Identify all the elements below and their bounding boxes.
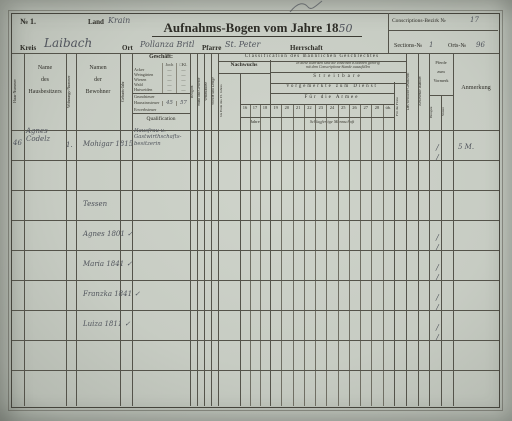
geschaeft-land-row-label: Wald (132, 83, 162, 87)
grid-hline (270, 93, 394, 94)
grid-vline (24, 53, 25, 406)
handwritten-entry-bewohner: Maria 1841 ✓ (83, 260, 155, 268)
grid-vline (383, 104, 384, 406)
land-label: Land (88, 18, 104, 26)
grid-vline (429, 53, 430, 406)
handwritten-entry-geschaeft: Hausfrau u. Gastwirthschafts- besitzerin (134, 128, 190, 147)
armee-age-cell: 22 (304, 105, 315, 116)
armee-age-cell: 21 (293, 105, 304, 116)
kreis-value: Laibach (44, 36, 92, 50)
pferde-box-title: Pferde zum Vormerk (429, 58, 453, 85)
column-header-abwesende: Abwesende Inländer (418, 55, 429, 128)
grid-vline (304, 104, 305, 406)
geschaeft-land-row-value: — (176, 88, 190, 92)
pferde-sub-hengste: Hengste (429, 96, 441, 128)
title-underline (152, 36, 362, 37)
grid-vline (360, 104, 361, 406)
armee-age-cell: 19 (270, 105, 281, 116)
conscription-label: Conscriptions-Bezirk № (392, 18, 446, 24)
geschaeft-tax-row-label: Grundsteuer (132, 95, 162, 99)
nachwuchs-age-cell: 18 (260, 105, 270, 116)
grid-hline (12, 190, 499, 191)
classification-note: In diese Rubriken sind die einzelnen Kol… (270, 61, 406, 69)
handwritten-entry-bewohner: Franzka 1841 ✓ (83, 290, 155, 298)
grid-vline (371, 104, 372, 406)
handwritten-entry-marks: ∕ ∕ (436, 143, 458, 162)
scanned-census-form: № 1. Land Krain Aufnahms-Bogen vom Jahre… (0, 0, 512, 421)
grid-hline (240, 117, 394, 118)
grid-vline (76, 53, 77, 406)
grid-hline (12, 130, 499, 131)
grid-vline (326, 104, 327, 406)
column-header-witwer: Witwer und Ledige (211, 55, 218, 128)
grid-hline (12, 310, 499, 311)
grid-hline (270, 83, 406, 84)
form-title-text: Aufnahms-Bogen vom Jahre 18 (164, 20, 339, 35)
grid-vline (197, 53, 198, 406)
column-header-hausbesitzer: Name des Hausbesitzers (24, 62, 66, 98)
nachwuchs-caption: Jahre (240, 119, 270, 124)
geschaeft-tax-row-label: Hauszinssteuer (132, 101, 162, 105)
handwritten-entry-wohnpart: 1. (66, 141, 76, 149)
grid-vline (315, 104, 316, 406)
armee-age-cell: 26 (349, 105, 360, 116)
armee-age-cell: 27 (360, 105, 371, 116)
geschaeft-land-row-value: — (162, 88, 176, 92)
grid-hline (240, 104, 270, 105)
grid-vline (453, 53, 454, 406)
column-header-weiblich: Das weibliche Geschlecht (406, 55, 418, 128)
handwritten-entry-marks: ∕ ∕ (436, 263, 458, 282)
grid-hline (12, 340, 499, 341)
geschaeft-land-row-label: Weingärten (132, 73, 162, 77)
grid-vline (281, 104, 282, 406)
column-header-bewohner: Namen der Bewohner (76, 62, 120, 98)
orts-value: 96 (476, 41, 485, 49)
grid-vline (204, 53, 205, 406)
nachwuchs-age-cell: 17 (250, 105, 260, 116)
column-header-wohnungsnummer: Wohnungs-Nummer (66, 55, 76, 128)
form-title: Aufnahms-Bogen vom Jahre 1850 (150, 20, 366, 36)
sections-value: 1 (429, 41, 433, 49)
handwritten-entry-anmerkung: 5 M. (458, 143, 498, 151)
handwritten-entry-hausnr: 46 (13, 139, 26, 147)
armee-caption: Schlagfertige Mannschaft (270, 119, 394, 124)
sections-label: Sections-№ (394, 43, 422, 49)
grid-vline (293, 104, 294, 406)
geschaeft-tax-row-label: Erwerbsteuer (132, 108, 162, 112)
grid-vline (240, 73, 241, 406)
grid-vline (190, 53, 191, 406)
ort-value: Pollanza Britl (140, 40, 194, 49)
geschaeft-land-row-label: Äcker (132, 68, 162, 72)
geschaeft-tax-rows: GrundsteuerHauszinssteuer4557Erwerbsteue… (132, 93, 190, 113)
nachwuchs-sub-label: bis Ende des 15. Jahres (219, 74, 239, 128)
land-value: Krain (108, 16, 130, 25)
grid-hline (218, 73, 270, 74)
handwritten-entry-marks: ∕ ∕ (436, 233, 458, 252)
grid-vline (418, 53, 419, 406)
armee-age-cell: 25 (338, 105, 349, 116)
column-header-hausnummer: Haus-Nummer (12, 55, 24, 128)
grid-hline (12, 250, 499, 251)
grid-vline (66, 53, 67, 406)
geschaeft-land-row-label: Hutweiden (132, 88, 162, 92)
column-header-stand: Stand und Gewerbe (197, 55, 204, 128)
handwritten-entry-besitzer: Agnes Codelz (26, 127, 70, 144)
handwritten-entry-marks: ∕ ∕ (436, 323, 458, 342)
grid-hline (12, 280, 499, 281)
armee-age-cell: 24 (326, 105, 337, 116)
grid-hline (12, 160, 499, 161)
grid-hline (270, 104, 394, 105)
sheet-number: № 1. (20, 17, 36, 26)
grid-hline (12, 220, 499, 221)
geschaeft-qualification: Qualification (132, 113, 190, 125)
grid-hline (12, 53, 499, 54)
grid-vline (218, 53, 219, 406)
grid-hline (218, 61, 406, 62)
geschaeft-land-row-label: Wiesen (132, 78, 162, 82)
armee-age-cell: üb. (383, 105, 394, 116)
classification-title: Classification des männlichen Geschlecht… (218, 54, 406, 59)
nachwuchs-age-columns: 161718 (240, 105, 270, 116)
grid-hline (12, 370, 499, 371)
geschaeft-tax-row-value: 45 (162, 101, 176, 106)
pferde-sub-stuten: Stuten (441, 96, 453, 128)
streitbare-label: Streitbare (270, 74, 406, 79)
column-header-verheirathete: Verheirathete (204, 55, 211, 128)
grid-vline (270, 60, 271, 406)
pfarre-value: St. Peter (225, 40, 260, 49)
armee-age-cell: 23 (315, 105, 326, 116)
handwritten-entry-bewohner: Tessen (83, 200, 155, 208)
grid-vline (211, 53, 212, 406)
grid-hline (270, 72, 406, 73)
nachwuchs-age-cell: 16 (240, 105, 250, 116)
geschaeft-tax-row-value: 57 (176, 101, 190, 106)
ink-flourish-mark (288, 0, 324, 14)
armee-age-cell: 20 (281, 105, 292, 116)
pfarre-label: Pfarre (202, 44, 221, 52)
conscription-box-divider (388, 30, 498, 31)
armee-label: Für die Armee (270, 95, 394, 100)
grid-vline (250, 104, 251, 406)
form-title-year: 50 (338, 22, 352, 35)
column-header-geburtsjahr: Geburts-Jahr (120, 55, 132, 128)
handwritten-entry-bewohner: Luiza 1811 ✓ (83, 320, 155, 328)
handwritten-entry-marks: ∕ ∕ (436, 293, 458, 312)
grid-hline (429, 95, 453, 96)
geschaeft-land-rows: Äcker——Weingärten——Wiesen——Wald——Hutweid… (132, 68, 190, 93)
grid-vline (338, 104, 339, 406)
header-right-divider (388, 13, 389, 53)
flotte-label: Für die Flotte (395, 84, 405, 128)
conscription-value: 17 (470, 16, 479, 24)
column-header-anmerkung: Anmerkung (453, 84, 499, 91)
geschaeft-box: Geschäft: Joch □Kl. Äcker——Weingärten——W… (132, 53, 190, 130)
kreis-label: Kreis (20, 44, 36, 52)
vorgemerkte-label: Vorgemerkte zum Dienst (270, 84, 394, 89)
grid-vline (406, 53, 407, 406)
orts-label: Orts-№ (448, 43, 466, 49)
handwritten-entry-bewohner: Agnes 1801 ✓ (83, 230, 155, 238)
ort-label: Ort (122, 44, 133, 52)
armee-age-columns: 19202122232425262728üb. (270, 105, 394, 116)
geschaeft-land-row: Hutweiden—— (132, 88, 190, 93)
grid-vline (260, 104, 261, 406)
grid-vline (349, 104, 350, 406)
column-header-religion: Religion (190, 55, 197, 128)
armee-age-cell: 28 (371, 105, 382, 116)
herrschaft-label: Herrschaft (290, 44, 323, 52)
nachwuchs-title: Nachwuchs (218, 62, 270, 68)
